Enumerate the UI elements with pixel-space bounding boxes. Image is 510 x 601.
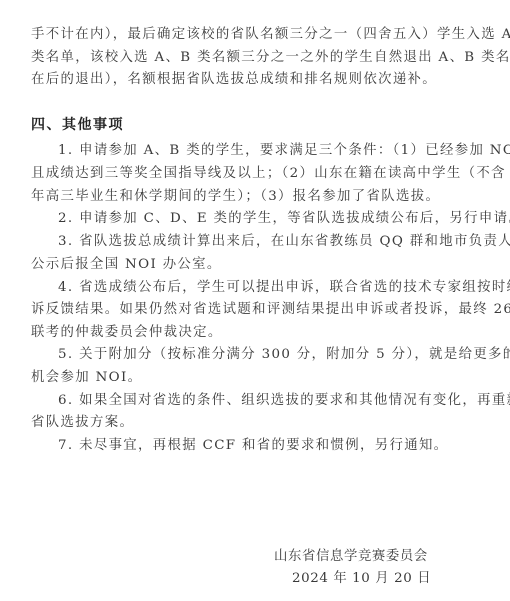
list-item-1-line: 且成绩达到三等奖全国指导线及以上；（2）山东在籍在读高中学生（不含 2024 xyxy=(31,163,487,185)
list-item-4-line: 联考的仲裁委员会仲裁决定。 xyxy=(31,322,487,344)
paragraph-line: 在后的退出），名额根据省队选拔总成绩和排名规则依次递补。 xyxy=(31,69,487,91)
list-item-5-line: 机会参加 NOI。 xyxy=(31,367,487,389)
list-item-4-line: 4. 省选成绩公布后，学生可以提出申诉，联合省选的技术专家组按时给出申 xyxy=(58,277,510,299)
signature-date: 2024 年 10 月 20 日 xyxy=(292,568,431,590)
list-item-6-line: 6. 如果全国对省选的条件、组织选拔的要求和其他情况有变化，再重新调整 xyxy=(58,390,510,412)
list-item-1-line: 1. 申请参加 A、B 类的学生，要求满足三个条件：（1）已经参加 NOIP20… xyxy=(58,140,510,162)
section-heading: 四、其他事项 xyxy=(31,114,487,136)
signature-organization: 山东省信息学竞赛委员会 xyxy=(274,546,428,568)
paragraph-line: 类名单，该校入选 A、B 类名额三分之一之外的学生自然退出 A、B 类名单（排名 xyxy=(31,47,487,69)
list-item-3-line: 公示后报全国 NOI 办公室。 xyxy=(31,254,487,276)
list-item-6-line: 省队选拔方案。 xyxy=(31,412,487,434)
list-item-1-line: 年高三毕业生和休学期间的学生）；（3）报名参加了省队选拔。 xyxy=(31,186,487,208)
document-page: 手不计在内），最后确定该校的省队名额三分之一（四舍五入）学生入选 A、B 类名单… xyxy=(0,0,510,601)
list-item-5-line: 5. 关于附加分（按标准分满分 300 分，附加分 5 分），就是给更多的学生有 xyxy=(58,344,510,366)
paragraph-line: 手不计在内），最后确定该校的省队名额三分之一（四舍五入）学生入选 A、B xyxy=(31,24,487,46)
list-item-3-line: 3. 省队选拔总成绩计算出来后，在山东省教练员 QQ 群和地市负责人 QQ 群 xyxy=(58,231,510,253)
list-item-7-line: 7. 未尽事宜，再根据 CCF 和省的要求和惯例，另行通知。 xyxy=(58,435,510,457)
list-item-4-line: 诉反馈结果。如果仍然对省选试题和评测结果提出申诉或者投诉，最终 26 省市 xyxy=(31,299,487,321)
list-item-2-line: 2. 申请参加 C、D、E 类的学生，等省队选拔成绩公布后，另行申请。 xyxy=(58,208,510,230)
